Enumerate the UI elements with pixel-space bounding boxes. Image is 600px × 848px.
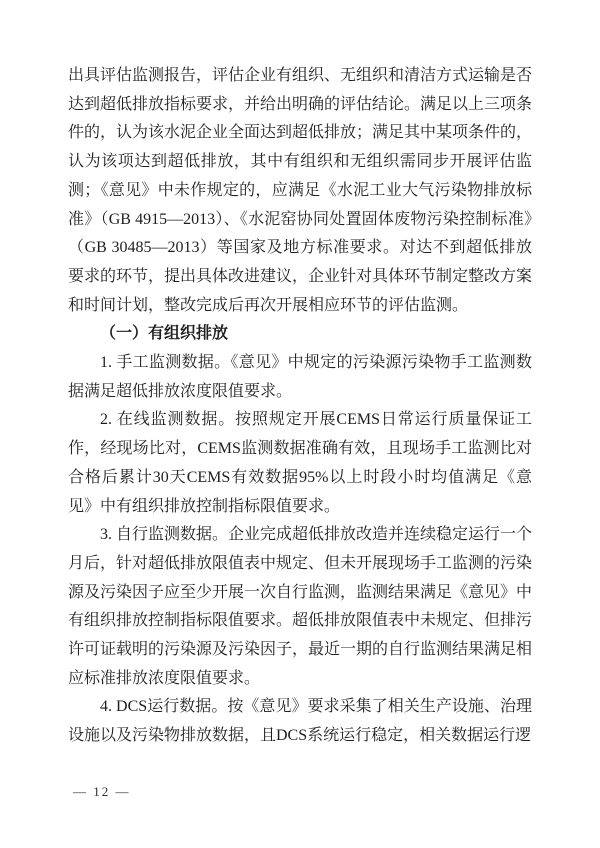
paragraph: 2. 在线监测数据。按照规定开展CEMS日常运行质量保证工作，经现场比对，CEM… <box>68 406 532 521</box>
document-body: 出具评估监测报告，评估企业有组织、无组织和清洁方式运输是否达到超低排放指标要求，… <box>68 62 532 751</box>
page-number: — 12 — <box>73 784 131 800</box>
paragraph: 3. 自行监测数据。企业完成超低排放改造并连续稳定运行一个月后，针对超低排放限值… <box>68 521 532 693</box>
paragraph: 出具评估监测报告，评估企业有组织、无组织和清洁方式运输是否达到超低排放指标要求，… <box>68 62 532 320</box>
document-page: 出具评估监测报告，评估企业有组织、无组织和清洁方式运输是否达到超低排放指标要求，… <box>0 0 600 848</box>
section-heading: （一）有组织排放 <box>68 320 532 349</box>
paragraph: 1. 手工监测数据。《意见》中规定的污染源污染物手工监测数据满足超低排放浓度限值… <box>68 349 532 406</box>
paragraph: 4. DCS运行数据。按《意见》要求采集了相关生产设施、治理设施以及污染物排放数… <box>68 693 532 750</box>
